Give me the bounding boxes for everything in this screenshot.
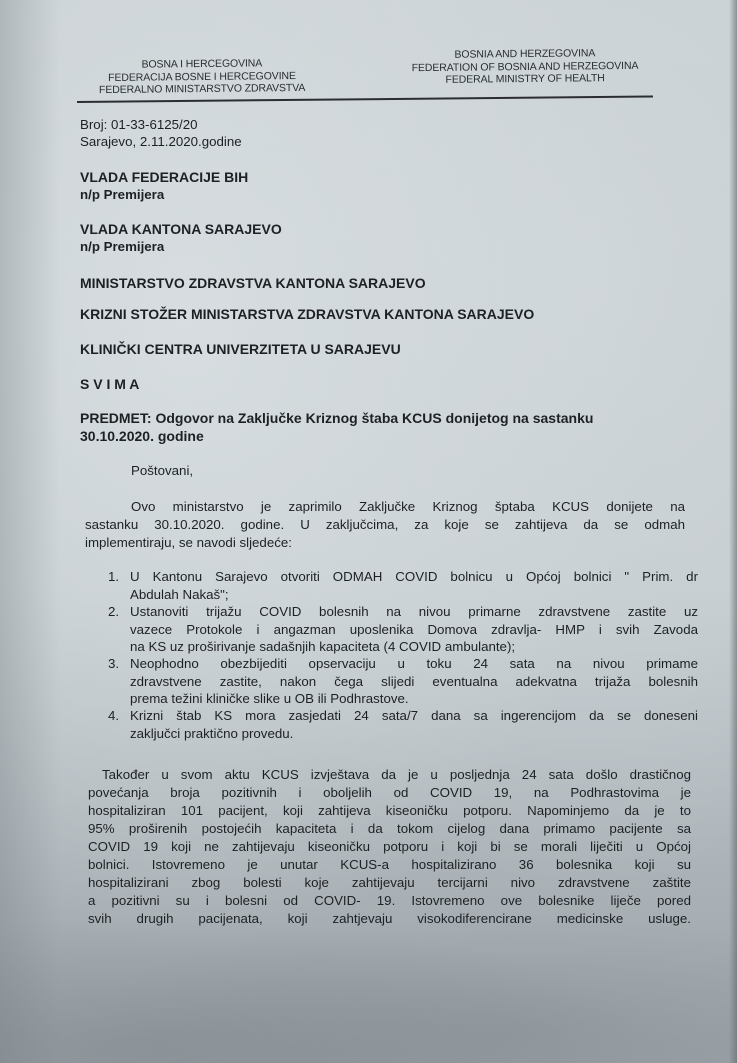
item-number: 4. xyxy=(108,707,128,725)
greeting: Poštovani, xyxy=(131,463,193,478)
conclusion-item: 3. Neophodno obezbijediti opservaciju u … xyxy=(108,655,698,709)
paragraph-line: implementiraju, se navodi sljedeće: xyxy=(85,534,685,552)
intro-paragraph: Ovo ministarstvo je zaprimilo Zaključke … xyxy=(85,498,685,552)
paragraph-line: hospitalizirani zbog bolesti koje zahtij… xyxy=(88,874,691,892)
item-line: prema težini kliničke slike u OB ili Pod… xyxy=(130,690,698,708)
item-line: zaključci praktično provedu. xyxy=(130,725,698,743)
item-line: Ustanoviti trijažu COVID bolesnih na niv… xyxy=(130,603,698,621)
paragraph-line: hospitaliziran 101 pacijent, koji zahtij… xyxy=(88,802,691,820)
paragraph-line: COVID 19 koji ne zahtijevaju kiseoničku … xyxy=(88,838,691,856)
item-line: Krizni štab KS mora zasjedati 24 sata/7 … xyxy=(130,707,698,725)
recipient-name: MINISTARSTVO ZDRAVSTVA KANTONA SARAJEVO xyxy=(80,275,426,291)
recipient-attention: n/p Premijera xyxy=(80,187,164,202)
recipient-name: KRIZNI STOŽER MINISTARSTVA ZDRAVSTVA KAN… xyxy=(80,306,534,322)
letterhead-bosnian: BOSNA I HERCEGOVINA FEDERACIJA BOSNE I H… xyxy=(82,57,322,97)
letterhead-line: FEDERALNO MINISTARSTVO ZDRAVSTVA xyxy=(82,82,322,97)
body-paragraph: Također u svom aktu KCUS izvještava da j… xyxy=(88,766,691,928)
recipient-name: S V I M A xyxy=(80,376,139,392)
item-number: 2. xyxy=(108,603,128,621)
item-line: vazece Protokole i angazman uposlenika D… xyxy=(130,621,698,639)
subject-line: 30.10.2020. godine xyxy=(80,428,204,444)
paragraph-line: bolnici. Istovremeno je unutar KCUS-a ho… xyxy=(88,856,691,874)
paragraph-line: povećanja broja pozitivnih i oboljelih o… xyxy=(88,784,691,802)
paragraph-line: svih drugih pacijenata, koji zahtjevaju … xyxy=(88,910,691,928)
letterhead-english: BOSNIA AND HERZEGOVINA FEDERATION OF BOS… xyxy=(390,47,660,87)
item-number: 3. xyxy=(108,655,128,673)
item-line: U Kantonu Sarajevo otvoriti ODMAH COVID … xyxy=(130,568,698,586)
item-line: na KS uz proširivanje sadašnjih kapacite… xyxy=(130,638,698,656)
item-line: Neophodno obezbijediti opservaciju u tok… xyxy=(130,655,698,673)
conclusion-item: 1. U Kantonu Sarajevo otvoriti ODMAH COV… xyxy=(108,568,698,604)
conclusion-item: 4. Krizni štab KS mora zasjedati 24 sata… xyxy=(108,707,698,743)
place-date: Sarajevo, 2.11.2020.godine xyxy=(80,134,242,149)
item-line: Abdulah Nakaš"; xyxy=(130,586,698,604)
recipient-name: VLADA KANTONA SARAJEVO xyxy=(80,221,282,237)
recipient-name: KLINIČKI CENTRA UNIVERZITETA U SARAJEVU xyxy=(80,341,401,357)
paragraph-line: 95% proširenih postojećih kapaciteta i d… xyxy=(88,820,691,838)
conclusion-item: 2. Ustanoviti trijažu COVID bolesnih na … xyxy=(108,603,698,657)
item-line: zdravstvene zastite, nakon čega slijedi … xyxy=(130,673,698,691)
paragraph-line: Također u svom aktu KCUS izvještava da j… xyxy=(88,766,691,784)
recipient-attention: n/p Premijera xyxy=(80,239,164,254)
recipient-name: VLADA FEDERACIJE BIH xyxy=(80,169,248,185)
paragraph-line: Ovo ministarstvo je zaprimilo Zaključke … xyxy=(85,498,685,516)
subject-line: PREDMET: Odgovor na Zaključke Kriznog št… xyxy=(80,410,593,426)
letterhead-divider xyxy=(77,95,653,102)
paragraph-line: a pozitivni su i bolesni od COVID- 19. I… xyxy=(88,892,691,910)
paragraph-line: sastanku 30.10.2020. godine. U zaključci… xyxy=(85,516,685,534)
document-page: BOSNA I HERCEGOVINA FEDERACIJA BOSNE I H… xyxy=(0,0,737,1063)
item-number: 1. xyxy=(108,568,128,586)
reference-number: Broj: 01-33-6125/20 xyxy=(80,117,198,132)
